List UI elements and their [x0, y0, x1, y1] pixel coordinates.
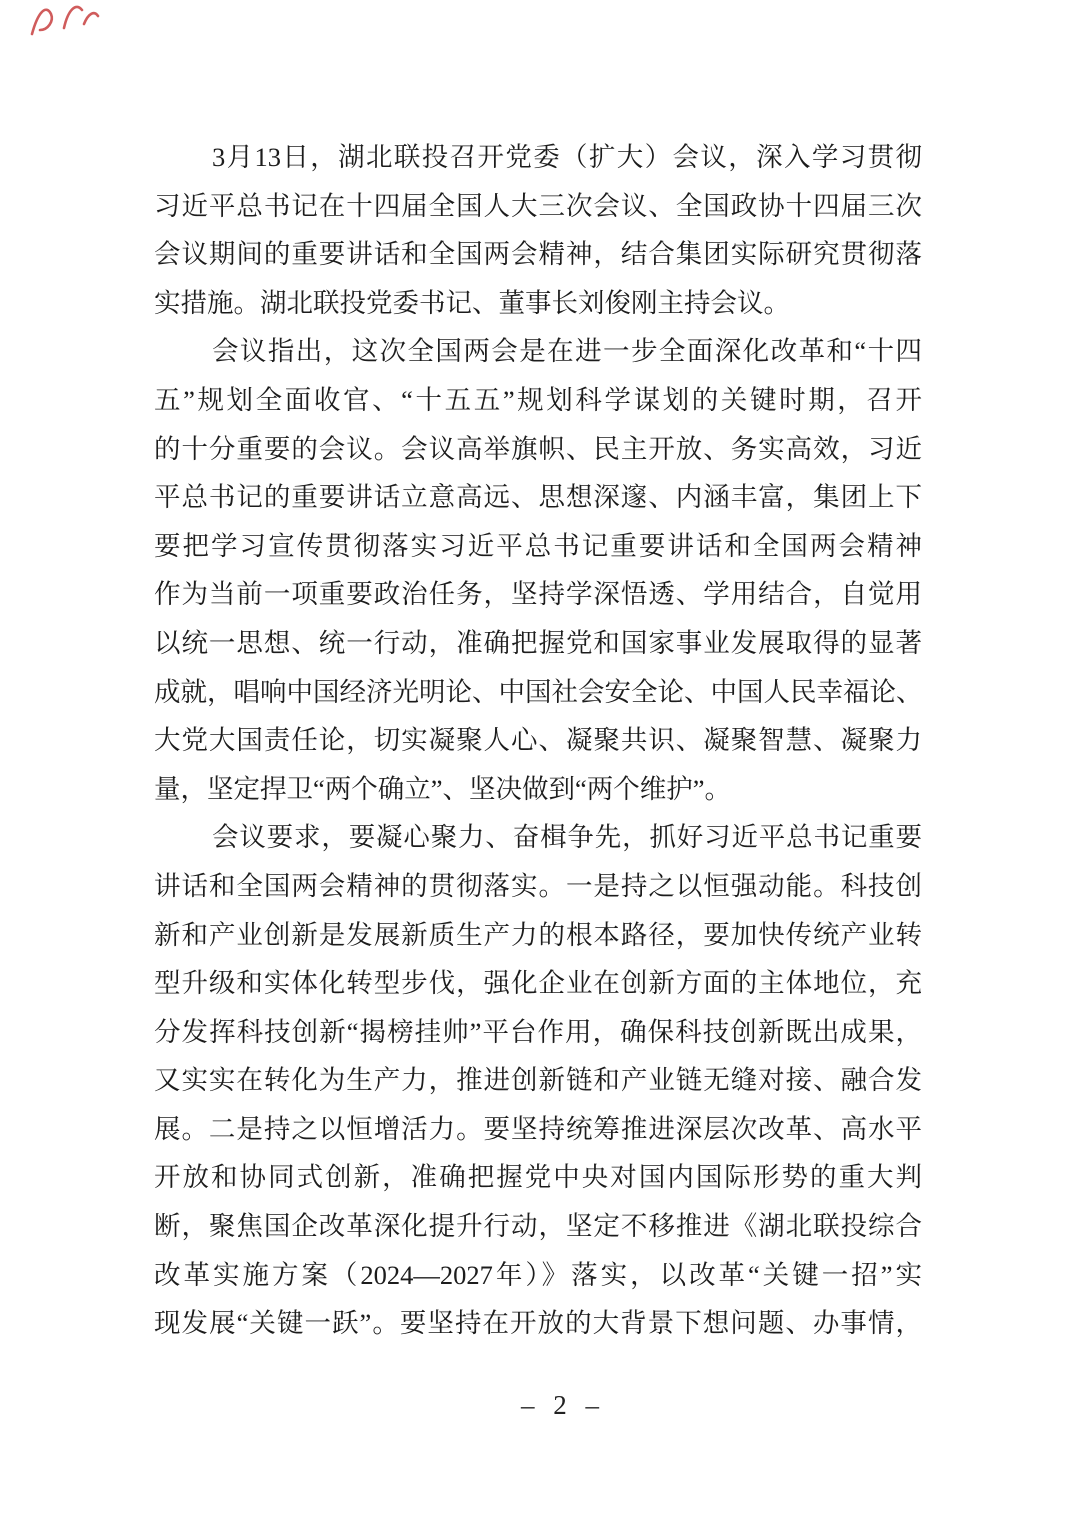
text-line: 会议期间的重要讲话和全国两会精神，结合集团实际研究贯彻落	[154, 230, 922, 279]
text-line: 五”规划全面收官、“十五五”规划科学谋划的关键时期，召开	[154, 376, 922, 425]
paragraph: 会议指出，这次全国两会是在进一步全面深化改革和“十四五”规划全面收官、“十五五”…	[154, 327, 922, 813]
text-line: 改革实施方案（2024—2027年）》落实，以改革“关键一招”实	[154, 1251, 922, 1300]
text-line: 会议指出，这次全国两会是在进一步全面深化改革和“十四	[154, 327, 922, 376]
text-line: 又实实在转化为生产力，推进创新链和产业链无缝对接、融合发	[154, 1056, 922, 1105]
text-line: 断，聚焦国企改革深化提升行动，坚定不移推进《湖北联投综合	[154, 1202, 922, 1251]
text-line: 型升级和实体化转型步伐，强化企业在创新方面的主体地位，充	[154, 959, 922, 1008]
red-pen-marks-icon	[24, 0, 104, 50]
page-footer: – 2 –	[0, 1390, 1074, 1421]
text-line: 成就，唱响中国经济光明论、中国社会安全论、中国人民幸福论、	[154, 668, 922, 717]
text-line: 的十分重要的会议。会议高举旗帜、民主开放、务实高效，习近	[154, 425, 922, 474]
text-line: 现发展“关键一跃”。要坚持在开放的大背景下想问题、办事情，	[154, 1299, 922, 1348]
text-line: 新和产业创新是发展新质生产力的根本路径，要加快传统产业转	[154, 911, 922, 960]
text-line: 以统一思想、统一行动，准确把握党和国家事业发展取得的显著	[154, 619, 922, 668]
text-line: 分发挥科技创新“揭榜挂帅”平台作用，确保科技创新既出成果，	[154, 1008, 922, 1057]
paragraph: 3月13日，湖北联投召开党委（扩大）会议，深入学习贯彻习近平总书记在十四届全国人…	[154, 133, 922, 327]
text-line: 平总书记的重要讲话立意高远、思想深邃、内涵丰富，集团上下	[154, 473, 922, 522]
text-line: 习近平总书记在十四届全国人大三次会议、全国政协十四届三次	[154, 182, 922, 231]
text-line: 要把学习宣传贯彻落实习近平总书记重要讲话和全国两会精神	[154, 522, 922, 571]
page-number: – 2 –	[521, 1390, 605, 1421]
text-line: 大党大国责任论，切实凝聚人心、凝聚共识、凝聚智慧、凝聚力	[154, 716, 922, 765]
text-line: 开放和协同式创新，准确把握党中央对国内国际形势的重大判	[154, 1153, 922, 1202]
text-line: 讲话和全国两会精神的贯彻落实。一是持之以恒强动能。科技创	[154, 862, 922, 911]
document-page: 3月13日，湖北联投召开党委（扩大）会议，深入学习贯彻习近平总书记在十四届全国人…	[0, 0, 1074, 1520]
text-line: 3月13日，湖北联投召开党委（扩大）会议，深入学习贯彻	[154, 133, 922, 182]
text-line: 实措施。湖北联投党委书记、董事长刘俊刚主持会议。	[154, 279, 922, 328]
document-body-text: 3月13日，湖北联投召开党委（扩大）会议，深入学习贯彻习近平总书记在十四届全国人…	[154, 133, 922, 1348]
text-line: 作为当前一项重要政治任务，坚持学深悟透、学用结合，自觉用	[154, 570, 922, 619]
text-line: 展。二是持之以恒增活力。要坚持统筹推进深层次改革、高水平	[154, 1105, 922, 1154]
paragraph: 会议要求，要凝心聚力、奋楫争先，抓好习近平总书记重要讲话和全国两会精神的贯彻落实…	[154, 813, 922, 1348]
text-line: 量，坚定捍卫“两个确立”、坚决做到“两个维护”。	[154, 765, 922, 814]
text-line: 会议要求，要凝心聚力、奋楫争先，抓好习近平总书记重要	[154, 813, 922, 862]
